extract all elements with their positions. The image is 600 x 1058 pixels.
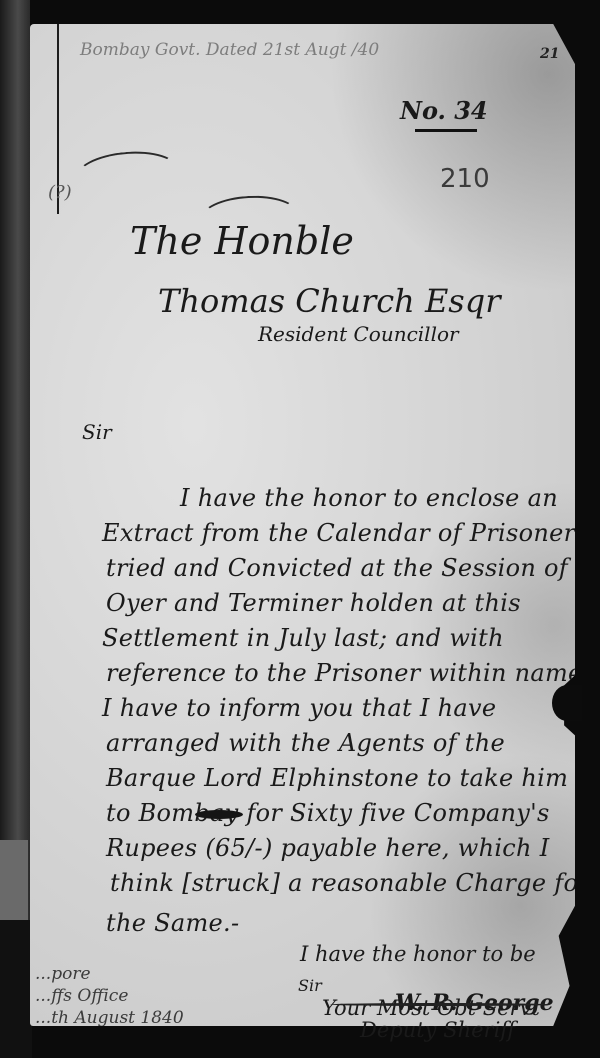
binding-edge-light xyxy=(0,840,28,920)
archival-top-note: Bombay Govt. Dated 21st Augt /40 xyxy=(80,40,379,60)
closing-line-2: Sir xyxy=(298,976,322,995)
body-line: arranged with the Agents of the xyxy=(106,729,505,757)
place-line-1: ...pore xyxy=(35,964,91,984)
closing-line-1: I have the honor to be xyxy=(300,942,536,966)
pen-flourish xyxy=(73,148,180,201)
signatory-title: Deputy Sheriff xyxy=(360,1018,515,1042)
body-line: I have the honor to enclose an xyxy=(180,484,558,512)
document-number: No. 34 xyxy=(400,96,488,125)
wax-seal-remnant xyxy=(552,685,582,721)
document-scan: Bombay Govt. Dated 21st Augt /40 21 No. … xyxy=(0,0,600,1058)
body-line: Barque Lord Elphinstone to take him xyxy=(106,764,568,792)
body-line: Settlement in July last; and with xyxy=(102,624,504,652)
struck-out-word xyxy=(195,810,243,819)
body-line: Rupees (65/-) payable here, which I xyxy=(106,834,550,862)
body-line: reference to the Prisoner within named xyxy=(106,659,575,687)
corner-page-number: 21 xyxy=(540,46,559,62)
address-line-1: The Honble xyxy=(130,219,354,263)
body-line: Extract from the Calendar of Prisoners xyxy=(102,519,575,547)
body-line: I have to inform you that I have xyxy=(102,694,496,722)
body-line: tried and Convicted at the Session of xyxy=(106,554,568,582)
address-line-2: Thomas Church Esqr xyxy=(158,282,501,320)
folio-number: 210 xyxy=(440,164,490,194)
body-line: to Bombay for Sixty five Company's xyxy=(106,799,550,827)
letter-page: Bombay Govt. Dated 21st Augt /40 21 No. … xyxy=(30,24,575,1026)
binding-edge-dark xyxy=(0,920,32,1058)
margin-mark: (?) xyxy=(48,182,72,203)
body-line: think [struck] a reasonable Charge for xyxy=(110,869,575,897)
address-line-3: Resident Councillor xyxy=(258,322,459,346)
date-line: ...th August 1840 xyxy=(35,1008,184,1026)
body-line: the Same.- xyxy=(106,909,239,937)
document-number-underline xyxy=(415,129,477,132)
place-line-2: ...ffs Office xyxy=(35,986,128,1006)
body-line: Oyer and Terminer holden at this xyxy=(106,589,521,617)
salutation: Sir xyxy=(82,420,112,444)
signature-flourish xyxy=(330,1003,550,1006)
